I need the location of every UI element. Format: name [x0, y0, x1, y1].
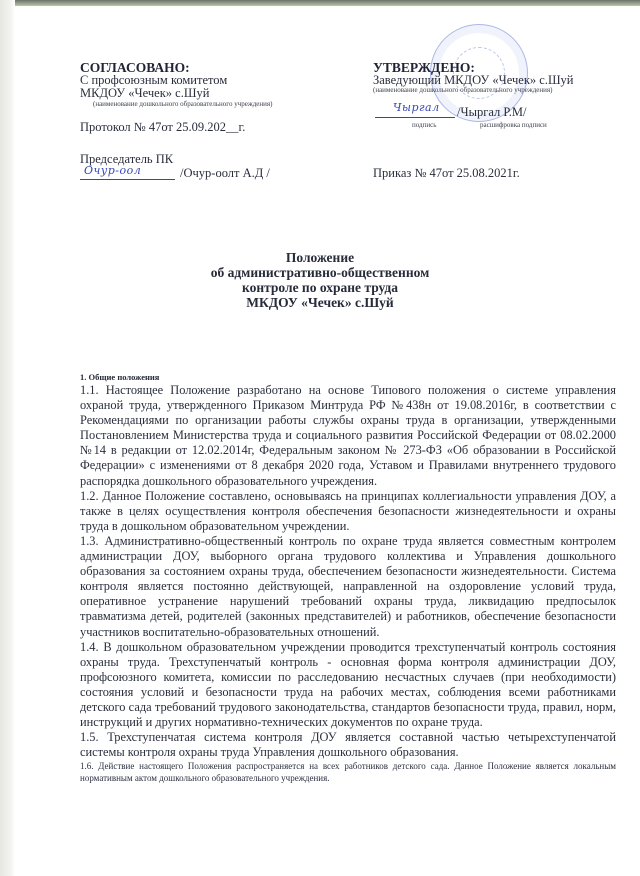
director-signature: Чыргал — [393, 101, 440, 114]
paragraph-1-1: 1.1. Настоящее Положение разработано на … — [80, 383, 616, 489]
title-line-3: контроле по охране труда — [0, 280, 640, 295]
chair-name: /Очур-оолт А.Д / — [180, 166, 270, 181]
title-line-4: МКДОУ «Чечек» с.Шуй — [0, 295, 640, 310]
director-name: /Чыргал Р.М/ — [457, 105, 527, 120]
approval-left-org: МКДОУ «Чечек» с.Шуй — [80, 86, 209, 101]
title-line-2: об административно-общественном — [0, 265, 640, 280]
approval-right-caption: (наименование дошкольного образовательно… — [373, 86, 552, 94]
caption-signature: подпись — [412, 121, 436, 129]
paragraph-1-4: 1.4. В дошкольном образовательном учрежд… — [80, 640, 616, 731]
title-line-1: Положение — [0, 250, 640, 265]
protocol-line: Протокол № 47от 25.09.202__г. — [80, 120, 245, 135]
paragraph-1-5: 1.5. Трехступенчатая система контроля ДО… — [80, 730, 616, 760]
chair-signature: Очур-оол — [84, 164, 141, 177]
paragraph-1-2: 1.2. Данное Положение составлено, основы… — [80, 489, 616, 534]
section-heading: 1. Общие положения — [80, 372, 616, 383]
scan-edge-left — [0, 0, 15, 876]
paragraph-1-3: 1.3. Административно-общественный контро… — [80, 534, 616, 640]
approval-left-caption: (наименование дошкольного образовательно… — [93, 100, 272, 108]
section-general: 1. Общие положения 1.1. Настоящее Положе… — [80, 372, 616, 784]
caption-decode: расшифровка подписи — [480, 121, 547, 129]
order-line: Приказ № 47от 25.08.2021г. — [373, 166, 520, 181]
paragraph-1-6: 1.6. Действие настоящего Положения распр… — [80, 760, 616, 784]
